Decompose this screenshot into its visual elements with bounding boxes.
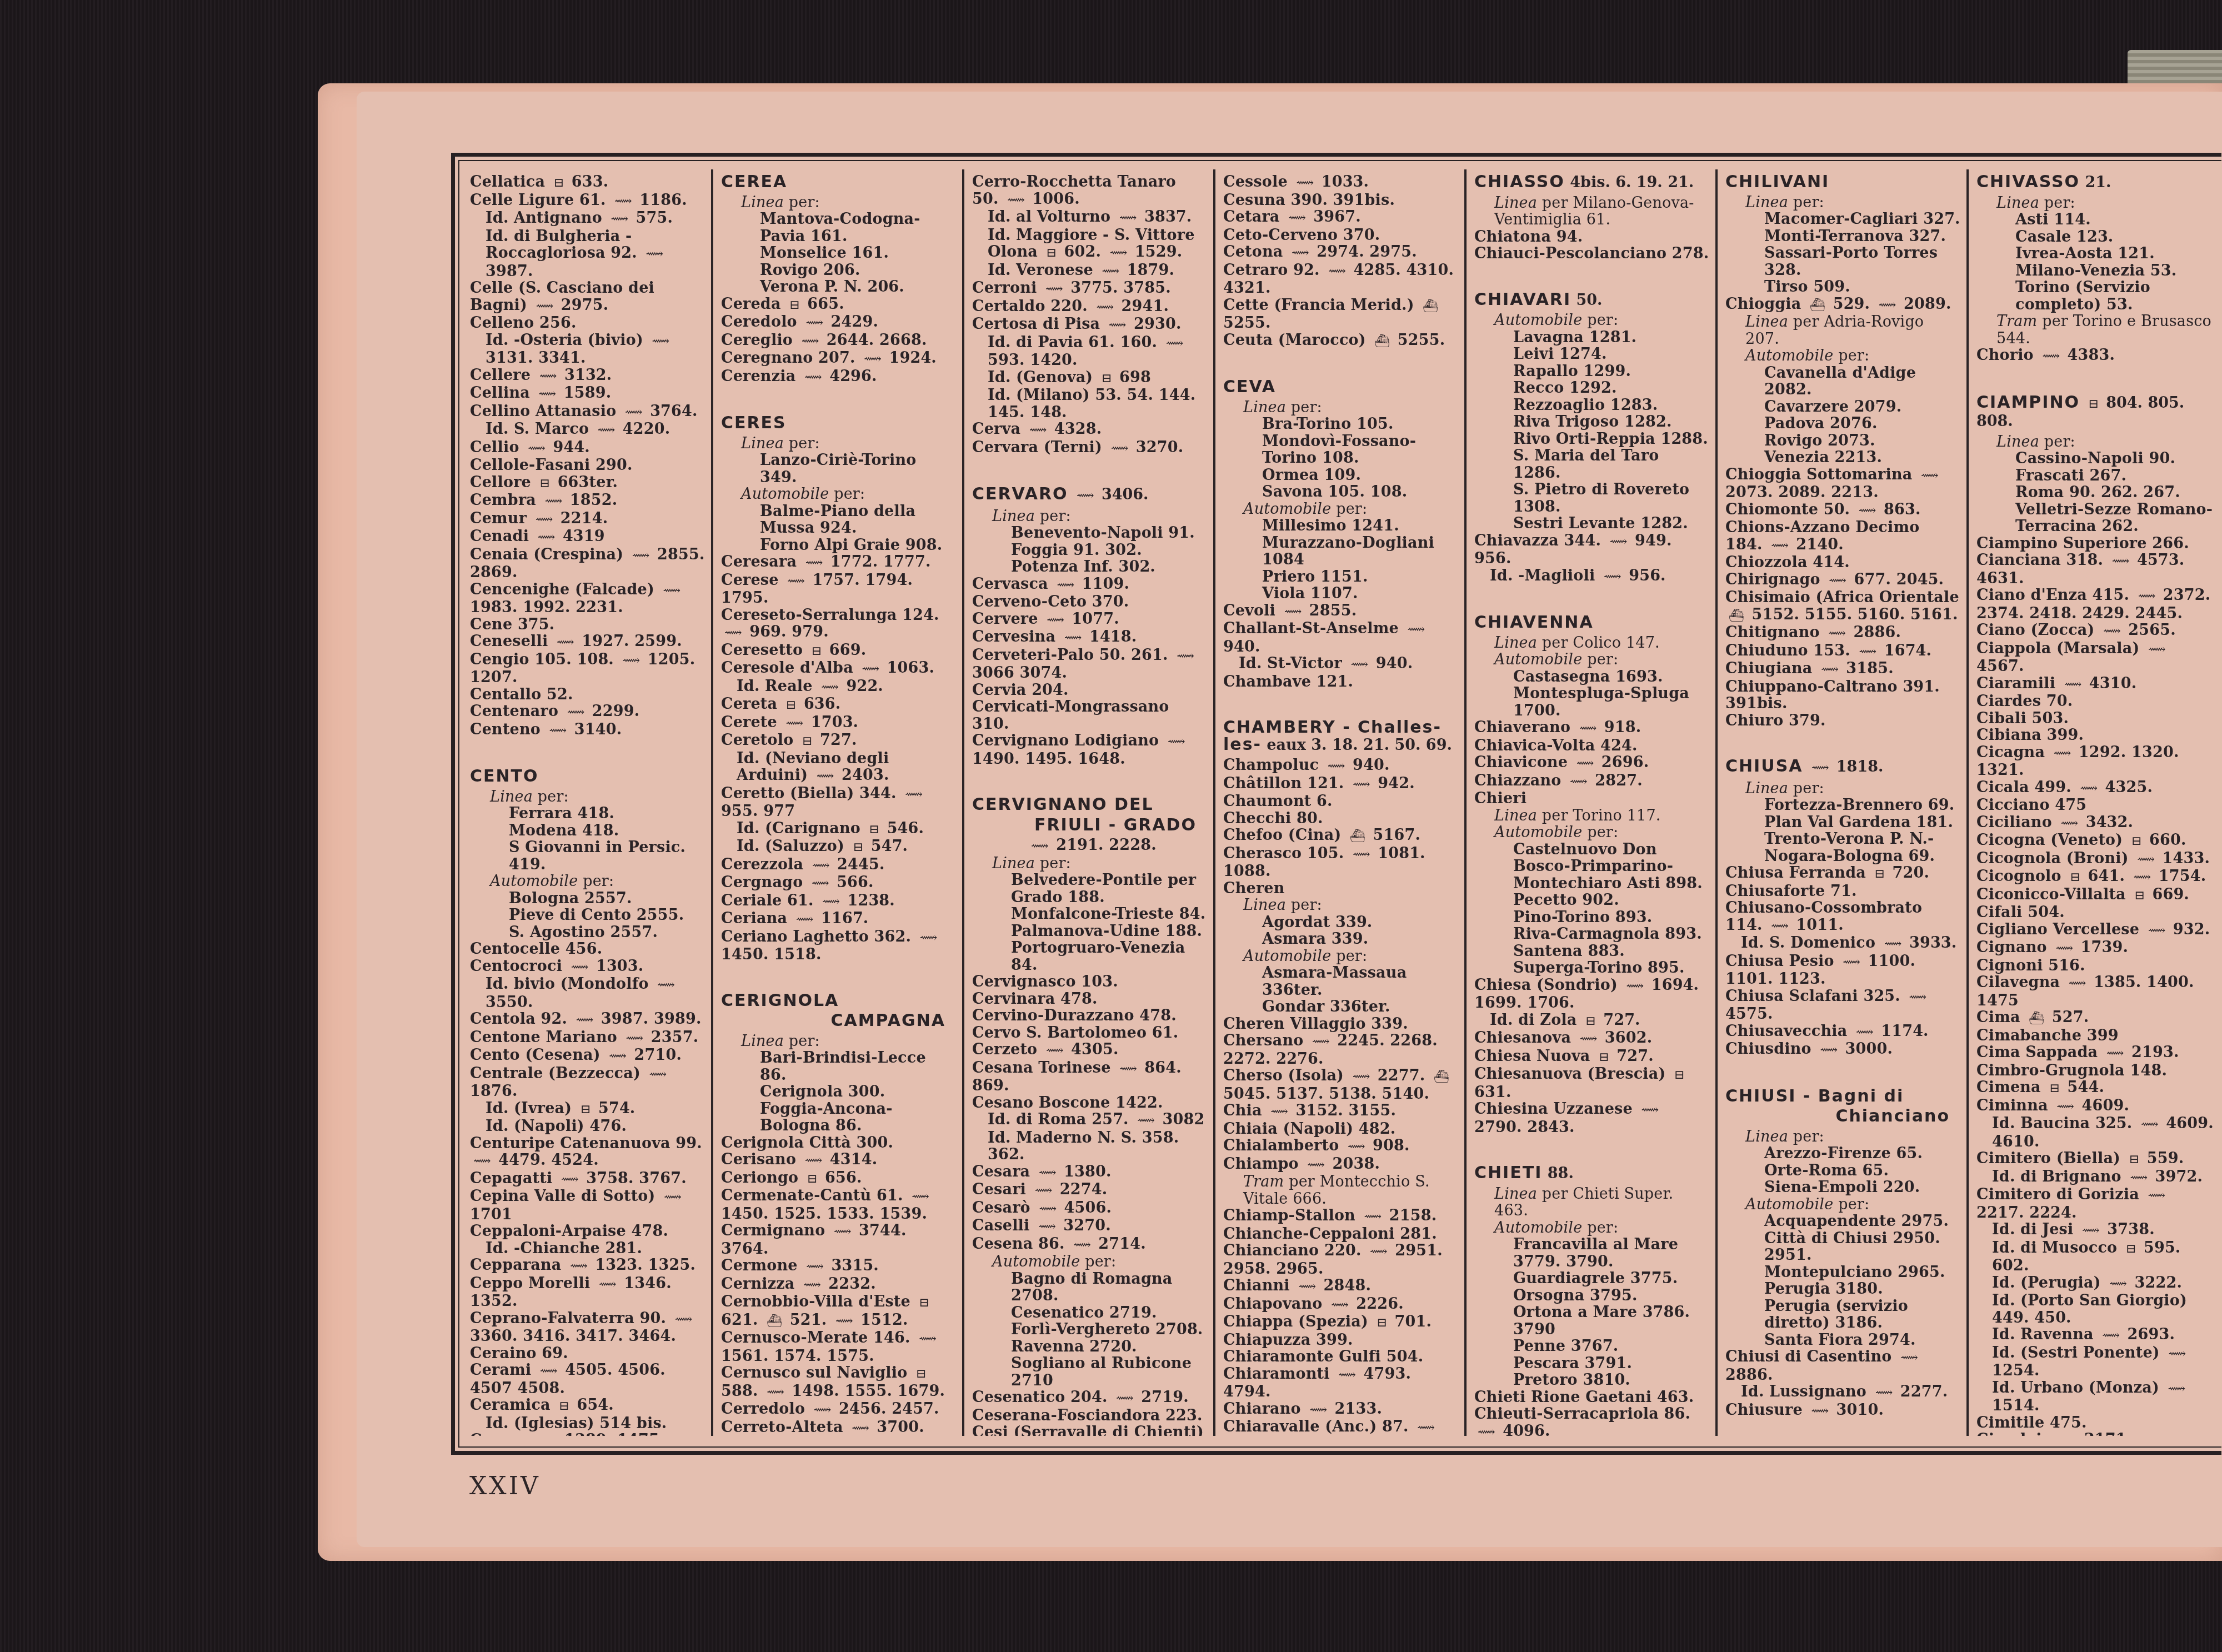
index-entry: Cilavegna ⟿ 1385. 1400. 1475	[1976, 974, 2214, 1009]
index-entry: Chiaverano ⟿ 918.	[1474, 719, 1710, 738]
index-entry: Cicognola (Broni) ⟿ 1433.	[1976, 850, 2214, 869]
index-sub-entry: Id. di Jesi ⟿ 3738.	[1976, 1222, 2214, 1240]
index-column-2: CEREALinea per:Mantova-Codogna-Pavia 161…	[713, 169, 964, 1436]
route-destination: Gondar 336ter.	[1223, 999, 1459, 1016]
index-entry: Chiaravalle (Anc.) 87. ⟿ 3563. 3564. 356…	[1223, 1419, 1459, 1436]
index-entry: Ceretolo ⊟ 727.	[721, 732, 957, 750]
index-entry: Chieri	[1474, 790, 1710, 808]
route-destination: Riva-Carmagnola 893.	[1474, 926, 1710, 943]
index-entry: Ceriana ⟿ 1167.	[721, 910, 957, 929]
index-entry: Ceserana-Fosciandora 223.	[972, 1408, 1208, 1425]
bus-icon: ⟿	[1331, 1297, 1348, 1314]
bus-icon: ⟿	[1007, 192, 1024, 209]
bus-icon: ⟿	[567, 704, 584, 722]
index-entry: Chieti Rione Gaetani 463.	[1474, 1389, 1710, 1406]
index-entry: Chiauci-Pescolanciano 278.	[1474, 246, 1710, 263]
route-type-label: Linea per Colico 147.	[1474, 635, 1710, 652]
route-destination: Torino (Servizio completo) 53.	[1976, 279, 2214, 313]
bus-icon: ⟿	[1111, 440, 1128, 458]
index-sub-entry: Id. (Porto San Giorgio) 449. 450.	[1976, 1293, 2214, 1326]
bus-icon: ⟿	[1353, 777, 1369, 794]
route-destination: Guardiagrele 3775.	[1474, 1270, 1710, 1288]
index-entry: Chioggia ⛴ 529. ⟿ 2089.	[1725, 296, 1961, 314]
bus-icon: ⟿	[1353, 1069, 1369, 1086]
route-type: Linea	[1996, 433, 2039, 450]
route-destination: Monselice 161.	[721, 245, 957, 262]
route-type: Linea	[1243, 897, 1286, 914]
route-destination: Priero 1151.	[1223, 569, 1459, 586]
index-entry: Cerete ⟿ 1703.	[721, 714, 957, 733]
route-type-label: Automobile per:	[1725, 348, 1961, 365]
index-entry: Cheren	[1223, 880, 1459, 898]
index-entry: Chambave 121.	[1223, 674, 1459, 691]
index-entry: Celle (S. Casciano dei Bagni) ⟿ 2975.	[470, 280, 705, 315]
ferry-station-icon: ⊟	[1674, 1067, 1683, 1084]
index-entry: Cimitero (Biella) ⊟ 559.	[1976, 1150, 2214, 1169]
index-entry: Centallo 52.	[470, 687, 705, 704]
index-entry: Chianni ⟿ 2848.	[1223, 1278, 1459, 1296]
index-sub-entry: Id. bivio (Mondolfo ⟿ 3550.	[470, 976, 705, 1011]
route-destination: Forno Alpi Graie 908.	[721, 537, 957, 554]
route-destination: Fortezza-Brennero 69.	[1725, 797, 1961, 814]
index-entry: Cima ⛴ 527.	[1976, 1009, 2214, 1028]
bus-icon: ⟿	[1811, 1403, 1828, 1420]
route-type: Automobile	[1745, 1196, 1833, 1213]
bus-icon: ⟿	[625, 404, 642, 422]
route-destination: Cerignola 300.	[721, 1084, 957, 1101]
route-destination: Ferrara 418.	[470, 805, 705, 823]
bus-icon: ⟿	[1921, 468, 1938, 485]
index-entry: Cervere ⟿ 1077.	[972, 611, 1208, 629]
route-type: Automobile	[992, 1253, 1080, 1270]
ship-icon: ⛴	[1374, 333, 1389, 351]
route-destination: Perugia (servizio diretto) 3186.	[1725, 1298, 1961, 1332]
route-destination: Ormea 109.	[1223, 467, 1459, 484]
bus-icon: ⟿	[805, 315, 822, 332]
index-entry: Cesano Boscone 1422.	[972, 1095, 1208, 1112]
route-destination: Viola 1107.	[1223, 585, 1459, 603]
index-entry: Cigliano Vercellese ⟿ 932.	[1976, 922, 2214, 940]
index-entry: Centocroci ⟿ 1303.	[470, 958, 705, 977]
bus-icon: ⟿	[663, 583, 679, 600]
bus-icon: ⟿	[864, 351, 880, 368]
index-entry: Cervara (Terni) ⟿ 3270.	[972, 439, 1208, 458]
route-type-label: Automobile per:	[470, 873, 705, 890]
index-entry: Cenadi ⟿ 4319	[470, 528, 705, 547]
bus-icon: ⟿	[806, 1259, 823, 1276]
ferry-station-icon: ⊟	[1585, 1013, 1594, 1030]
index-entry: Cellore ⊟ 663ter.	[470, 474, 705, 493]
section-heading-continued: FRIULI - GRADO	[972, 817, 1208, 834]
bus-icon: ⟿	[1900, 1350, 1917, 1367]
route-destination: Plan Val Gardena 181.	[1725, 814, 1961, 832]
heading-refs: 88.	[1542, 1165, 1573, 1182]
route-destination: Frascati 267.	[1976, 468, 2214, 485]
index-sub-entry: Id. -Osteria (bivio) ⟿ 3131. 3341.	[470, 332, 705, 367]
index-entry: Ceresetto ⊟ 669.	[721, 642, 957, 660]
bus-icon: ⟿	[561, 1172, 578, 1189]
index-sub-entry: Id. (Milano) 53. 54. 144. 145. 148.	[972, 387, 1208, 421]
bus-icon: ⟿	[2082, 1223, 2099, 1240]
route-type-label: Automobile per:	[1474, 312, 1710, 329]
bus-icon: ⟿	[821, 679, 838, 697]
index-entry: Centrale (Bezzecca) ⟿ 1876.	[470, 1065, 705, 1100]
route-destination: Asmara 339.	[1223, 931, 1459, 948]
index-entry: Certosa di Pisa ⟿ 2930.	[972, 316, 1208, 334]
ferry-station-icon: ⊟	[802, 733, 811, 750]
ferry-station-icon: ⊟	[1377, 1315, 1386, 1332]
index-entry: Ciampino Superiore 266.	[1976, 535, 2214, 553]
section-heading: CHIVASSO 21.	[1976, 174, 2214, 192]
route-destination: Ortona a Mare 3786. 3790	[1474, 1304, 1710, 1338]
bus-icon: ⟿	[2106, 1045, 2123, 1063]
bus-icon: ⟿	[1580, 1031, 1597, 1048]
index-entry: Cesenatico 204. ⟿ 2719.	[972, 1389, 1208, 1408]
index-entry: Chisimaio (Africa Orientale ⛴ 5152. 5155…	[1725, 589, 1961, 624]
index-entry: Ceppo Morelli ⟿ 1346. 1352.	[470, 1275, 705, 1310]
index-entry: Chiesanova ⟿ 3602.	[1474, 1030, 1710, 1048]
index-entry: Cibiana 399.	[1976, 727, 2214, 744]
bus-icon: ⟿	[1110, 245, 1127, 262]
route-destination: Casale 123.	[1976, 229, 2214, 246]
route-destination: Padova 2076.	[1725, 415, 1961, 433]
route-destination: Forlì-Verghereto 2708.	[972, 1321, 1208, 1339]
ferry-station-icon: ⊟	[1875, 866, 1884, 883]
index-entry: Ceregnano 207. ⟿ 1924.	[721, 350, 957, 368]
section-heading: CHIAVENNA	[1474, 614, 1710, 632]
index-entry: Chiesina Uzzanese ⟿ 2790. 2843.	[1474, 1101, 1710, 1136]
index-sub-entry: Id. Reale ⟿ 922.	[721, 678, 957, 697]
route-type-label: Automobile per:	[1474, 824, 1710, 842]
bus-icon: ⟿	[652, 333, 669, 351]
route-type-label: Automobile per:	[721, 486, 957, 503]
route-destination: Pecetto 902.	[1474, 892, 1710, 909]
index-entry: Cesena 86. ⟿ 2714.	[972, 1236, 1208, 1254]
index-entry: Caselli ⟿ 3270.	[972, 1218, 1208, 1236]
index-entry: Cellina ⟿ 1589.	[470, 385, 705, 403]
bus-icon: ⟿	[649, 1067, 666, 1084]
bus-icon: ⟿	[2112, 553, 2129, 570]
bus-icon: ⟿	[623, 653, 639, 670]
index-entry: Chiapuzza 399.	[1223, 1332, 1459, 1349]
route-destination: Millesimo 1241.	[1223, 518, 1459, 535]
route-type: Automobile	[1494, 1219, 1582, 1237]
index-entry: Centeno ⟿ 3140.	[470, 722, 705, 740]
index-entry: Cergnago ⟿ 566.	[721, 874, 957, 893]
bus-icon: ⟿	[2109, 1276, 2126, 1293]
index-entry: Cerveno-Ceto 370.	[972, 594, 1208, 611]
index-entry: Champoluc ⟿ 940.	[1223, 757, 1459, 775]
bus-icon: ⟿	[1038, 1219, 1055, 1236]
index-entry: Cheren Villaggio 339.	[1223, 1016, 1459, 1033]
ship-icon: ⛴	[1423, 298, 1437, 316]
route-destination: Rezzoaglio 1283.	[1474, 397, 1710, 414]
bus-icon: ⟿	[1029, 422, 1046, 439]
index-entry: Cignoni 516.	[1976, 958, 2214, 975]
bus-icon: ⟿	[812, 875, 828, 893]
heading-refs: 21.	[2080, 174, 2111, 191]
index-entry: Chiusa Sclafani 325. ⟿ 4575.	[1725, 988, 1961, 1023]
index-columns: Cellatica ⊟ 633.Celle Ligure 61. ⟿ 1186.…	[462, 169, 2222, 1436]
index-entry: Cesara ⟿ 1380.	[972, 1164, 1208, 1182]
route-destination: Macomer-Cagliari 327.	[1725, 211, 1961, 228]
route-destination: Orsogna 3795.	[1474, 1288, 1710, 1305]
route-type-label: Automobile per:	[1474, 652, 1710, 669]
route-type-label: Linea per:	[1725, 194, 1961, 212]
bus-icon: ⟿	[1829, 573, 1845, 590]
section-heading: CERES	[721, 415, 957, 432]
ferry-station-icon: ⊟	[1047, 245, 1055, 262]
route-type: Linea	[741, 435, 784, 452]
route-destination: Trento-Verona P. N.-Nogara-Bologna 69.	[1725, 831, 1961, 865]
index-entry: Cesi (Serravalle di Chienti) ⟿ 3651.	[972, 1424, 1208, 1436]
index-entry: Cervignasco 103.	[972, 974, 1208, 991]
route-destination: Velletri-Sezze Romano-Terracina 262.	[1976, 502, 2214, 535]
ship-icon: ⛴	[2029, 1010, 2043, 1028]
route-destination: Pescara 3791.	[1474, 1355, 1710, 1373]
index-entry: Ceresara ⟿ 1772. 1777.	[721, 554, 957, 572]
index-entry: Ceto-Cerveno 370.	[1223, 227, 1459, 244]
index-sub-entry: Id. (Carignano ⊟ 546.	[721, 820, 957, 839]
route-destination: Cavanella d'Adige 2082.	[1725, 365, 1961, 399]
index-entry: Checchi 80.	[1223, 810, 1459, 828]
index-entry: Ceneselli ⟿ 1927. 2599.	[470, 633, 705, 652]
index-entry: Cellino Attanasio ⟿ 3764.	[470, 403, 705, 422]
bus-icon: ⟿	[2148, 1188, 2164, 1205]
route-destination: Mantova-Codogna-Pavia 161.	[721, 211, 957, 245]
route-type-label: Linea per Adria-Rovigo 207.	[1725, 314, 1961, 348]
bus-icon: ⟿	[1348, 1139, 1364, 1156]
index-entry: Chions-Azzano Decimo 184. ⟿ 2140.	[1725, 519, 1961, 554]
bus-icon: ⟿	[1046, 1043, 1063, 1060]
index-entry: Chiugiana ⟿ 3185.	[1725, 660, 1961, 679]
route-type: Tram	[1996, 313, 2037, 330]
bus-icon: ⟿	[1364, 1209, 1381, 1226]
bus-icon: ⟿	[609, 1048, 625, 1065]
index-entry: Cerese ⟿ 1757. 1794. 1795.	[721, 572, 957, 607]
route-type-label: Linea per Torino 117.	[1474, 808, 1710, 825]
route-destination: Benevento-Napoli 91.	[972, 525, 1208, 542]
route-type-label: Linea per Chieti Super. 463.	[1474, 1186, 1710, 1220]
index-entry: Cetraro 92. ⟿ 4285. 4310. 4321.	[1223, 262, 1459, 297]
index-entry: Cermenate-Cantù 61. ⟿ 1450. 1525. 1533. …	[721, 1188, 957, 1223]
bus-icon: ⟿	[805, 555, 822, 572]
route-destination: S. Agostino 2557.	[470, 924, 705, 942]
heading-refs: ⟿ 3406.	[1068, 486, 1149, 503]
heading-title: CEREA	[721, 172, 787, 192]
bus-icon: ⟿	[549, 723, 566, 740]
index-entry: Chiaramonti ⟿ 4793. 4794.	[1223, 1366, 1459, 1401]
index-entry: Cimolais ⟿ 2171.	[1976, 1431, 2214, 1436]
index-entry: Chiesanuova (Brescia) ⊟ 631.	[1474, 1066, 1710, 1101]
route-destination: Sestri Levante 1282.	[1474, 515, 1710, 533]
index-column-6: CHILIVANILinea per:Macomer-Cagliari 327.…	[1718, 169, 1969, 1436]
bus-icon: ⟿	[1292, 245, 1308, 262]
index-column-7: CHIVASSO 21.Linea per:Asti 114.Casale 12…	[1969, 169, 2220, 1436]
bus-icon: ⟿	[796, 912, 813, 929]
bus-icon: ⟿	[540, 1363, 557, 1380]
route-type-label: Automobile per:	[1725, 1197, 1961, 1214]
bus-icon: ⟿	[912, 1189, 928, 1206]
route-type-label: Linea per:	[721, 435, 957, 453]
index-entry: Cima Sappada ⟿ 2193.	[1976, 1044, 2214, 1063]
route-type: Linea	[1494, 194, 1537, 212]
index-entry: Cerro-Rocchetta Tanaro 50. ⟿ 1006.	[972, 174, 1208, 209]
index-entry: Chiusa Pesio ⟿ 1100. 1101. 1123.	[1725, 953, 1961, 988]
route-destination: Arezzo-Firenze 65.	[1725, 1145, 1961, 1163]
index-entry: Cenaia (Crespina) ⟿ 2855. 2869.	[470, 547, 705, 582]
heading-title: CERVARO	[972, 484, 1068, 504]
ferry-station-icon: ⊟	[2049, 1080, 2058, 1098]
bus-icon: ⟿	[1307, 1157, 1324, 1174]
route-destination: Città di Chiusi 2950. 2951.	[1725, 1230, 1961, 1264]
index-entry: Certaldo 220. ⟿ 2941.	[972, 298, 1208, 317]
ship-icon: ⛴	[1729, 608, 1743, 625]
route-type-label: Linea per Milano-Genova-Ventimiglia 61.	[1474, 195, 1710, 229]
bus-icon: ⟿	[1270, 1104, 1287, 1121]
bus-icon: ⟿	[919, 1331, 935, 1348]
index-sub-entry: Id. Baucina 325. ⟿ 4609. 4610.	[1976, 1115, 2214, 1150]
bus-icon: ⟿	[1096, 299, 1113, 317]
bus-icon: ⟿	[1909, 989, 1926, 1007]
route-destination: Ivrea-Aosta 121.	[1976, 246, 2214, 263]
index-entry: Cerami ⟿ 4505. 4506. 4507 4508.	[470, 1362, 705, 1397]
index-entry: Cernusco sul Naviglio ⊟ 588. ⟿ 1498. 155…	[721, 1365, 957, 1401]
route-destination: Bagno di Romagna 2708.	[972, 1271, 1208, 1305]
bus-icon: ⟿	[2134, 869, 2150, 887]
route-type: Linea	[1494, 634, 1537, 652]
index-entry: Chiaramonte Gulfi 504.	[1223, 1349, 1459, 1366]
index-entry: Cellio ⟿ 944.	[470, 439, 705, 458]
index-column-5: CHIASSO 4bis. 6. 19. 21.Linea per Milano…	[1467, 169, 1718, 1436]
route-destination: Riva Trigoso 1282.	[1474, 414, 1710, 431]
heading-title: CHIUSA	[1725, 757, 1803, 776]
bus-icon: ⟿	[802, 333, 818, 351]
index-entry: Challant-St-Anselme ⟿ 940.	[1223, 620, 1459, 655]
bus-icon: ⟿	[675, 1311, 692, 1329]
bus-icon: ⟿	[1771, 538, 1788, 555]
route-type-label: Tram per Montecchio S. Vitale 666.	[1223, 1174, 1459, 1208]
bus-icon: ⟿	[1119, 210, 1136, 227]
index-entry: Cereta ⊟ 636.	[721, 696, 957, 714]
index-entry: Chersano ⟿ 2245. 2268. 2272. 2276.	[1223, 1033, 1459, 1068]
route-type-label: Linea per:	[1976, 195, 2214, 212]
bus-icon: ⟿	[2130, 1170, 2146, 1187]
bus-icon: ⟿	[1570, 774, 1587, 791]
index-entry: Chiusaforte 71.	[1725, 883, 1961, 900]
bus-icon: ⟿	[834, 1224, 850, 1241]
bus-icon: ⟿	[1610, 534, 1627, 551]
index-sub-entry: Id. (Sestri Ponente) ⟿ 1254.	[1976, 1345, 2214, 1380]
index-entry: Ceriongo ⊟ 656.	[721, 1170, 957, 1188]
page-number: XXIV	[469, 1472, 541, 1500]
index-entry: Chiusure ⟿ 3010.	[1725, 1402, 1961, 1420]
route-destination: Mondovì-Fossano-Torino 108.	[1223, 433, 1459, 467]
index-sub-entry: Id. S. Marco ⟿ 4220.	[470, 421, 705, 439]
bus-icon: ⟿	[632, 548, 649, 565]
bus-icon: ⟿	[1312, 1034, 1329, 1051]
index-entry: Ceppaloni-Arpaise 478.	[470, 1223, 705, 1240]
bus-icon: ⟿	[528, 440, 544, 458]
index-entry: Cepina Valle di Sotto) ⟿ 1701	[470, 1188, 705, 1223]
bus-icon: ⟿	[657, 977, 674, 994]
ferry-station-icon: ⊟	[869, 822, 878, 839]
route-type: Linea	[992, 508, 1035, 525]
index-entry: Cene 375.	[470, 617, 705, 634]
index-entry: Ciconicco-Villalta ⊟ 669.	[1976, 887, 2214, 905]
index-entry: Cervesina ⟿ 1418.	[972, 629, 1208, 647]
route-type: Linea	[1745, 1128, 1788, 1145]
route-destination: Portogruaro-Venezia 84.	[972, 940, 1208, 974]
bus-icon: ⟿	[1328, 263, 1345, 281]
index-entry: Ciminna ⟿ 4609.	[1976, 1098, 2214, 1116]
bus-icon: ⟿	[1859, 503, 1875, 520]
bus-icon: ⟿	[626, 1030, 643, 1048]
bus-icon: ⟿	[1821, 662, 1838, 679]
section-heading: CEREA	[721, 174, 957, 191]
route-type: Automobile	[1494, 651, 1582, 668]
index-sub-entry: Id. Lussignano ⟿ 2277.	[1725, 1384, 1961, 1402]
bus-icon: ⟿	[2055, 940, 2072, 958]
route-destination: Castasegna 1693.	[1474, 669, 1710, 686]
route-type: Automobile	[490, 873, 578, 890]
bus-icon: ⟿	[835, 1313, 852, 1330]
index-entry: Chaumont 6.	[1223, 793, 1459, 810]
bus-icon: ⟿	[2137, 852, 2154, 869]
bus-icon: ⟿	[1047, 612, 1063, 629]
index-entry: Chianciano 220. ⟿ 2951. 2958. 2965.	[1223, 1243, 1459, 1278]
index-sub-entry: Id. al Volturno ⟿ 3837.	[972, 209, 1208, 227]
bus-icon: ⟿	[1045, 281, 1062, 298]
ferry-station-icon: ⊟	[2070, 869, 2079, 887]
index-entry: Cereda ⊟ 665.	[721, 296, 957, 314]
index-entry: Centola 92. ⟿ 3987. 3989.	[470, 1011, 705, 1029]
heading-title: CERES	[721, 413, 787, 433]
index-entry: Ciappola (Marsala) ⟿ 4567.	[1976, 640, 2214, 675]
heading-title: CHIASSO	[1474, 172, 1565, 192]
route-destination: Bra-Torino 105.	[1223, 416, 1459, 433]
index-entry: Chianche-Ceppaloni 281.	[1223, 1226, 1459, 1243]
ferry-station-icon: ⊟	[812, 643, 820, 660]
bus-icon: ⟿	[1820, 1042, 1836, 1059]
bus-icon: ⟿	[473, 1153, 490, 1170]
heading-refs: 4bis. 6. 19. 21.	[1565, 174, 1694, 191]
index-entry: Ceraino 69.	[470, 1345, 705, 1363]
route-destination: Francavilla al Mare 3779. 3790.	[1474, 1237, 1710, 1270]
route-destination: Bologna 2557.	[470, 890, 705, 908]
ship-icon: ⛴	[1810, 297, 1824, 314]
index-entry: Cerisano ⟿ 4314.	[721, 1152, 957, 1170]
index-entry: Ciaramili ⟿ 4310.	[1976, 675, 2214, 694]
bus-icon: ⟿	[812, 858, 829, 875]
index-entry: Chiapovano ⟿ 2226.	[1223, 1296, 1459, 1314]
heading-title: CHIUSI - Bagni di	[1725, 1087, 1904, 1106]
bus-icon: ⟿	[920, 930, 937, 947]
index-entry: Cepparana ⟿ 1323. 1325.	[470, 1257, 705, 1275]
section-heading: CIAMPINO ⊟ 804. 805. 808.	[1976, 394, 2214, 430]
index-sub-entry: Id. (Genova) ⊟ 698	[972, 369, 1208, 388]
index-entry: Cimitile 475.	[1976, 1415, 2214, 1432]
route-type-label: Tram per Torino e Brusasco 544.	[1976, 313, 2214, 347]
index-entry: Cemur ⟿ 2214.	[470, 510, 705, 529]
route-destination: S. Maria del Taro 1286.	[1474, 448, 1710, 482]
section-heading: CHIETI 88.	[1474, 1165, 1710, 1183]
bus-icon: ⟿	[1351, 657, 1368, 674]
bus-icon: ⟿	[2102, 1328, 2119, 1345]
bus-icon: ⟿	[803, 1277, 820, 1294]
route-type-label: Linea per:	[1725, 1129, 1961, 1146]
index-entry: Cellere ⟿ 3132.	[470, 367, 705, 386]
